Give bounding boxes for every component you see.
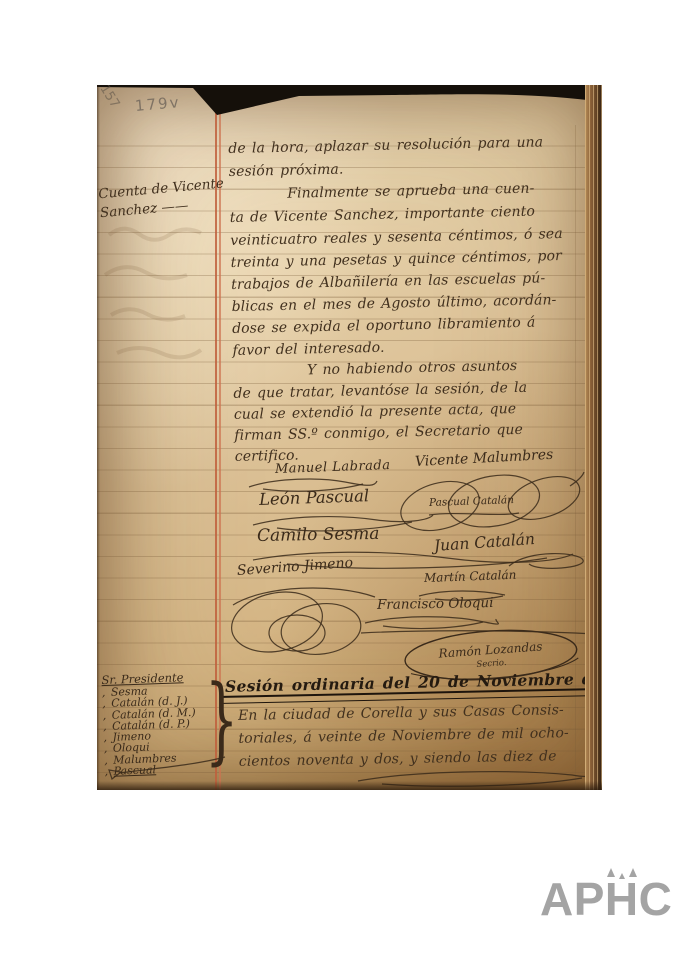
tick-mark: , [102, 698, 111, 710]
attendee-brace: } [205, 677, 238, 763]
photo-bottom-shadow [97, 781, 602, 790]
watermark-letter: H [605, 876, 639, 922]
body-line: favor del interesado. [232, 340, 384, 359]
manuscript-photo: 157 179v Cuenta de Vicente Sanchez —— de… [97, 85, 602, 790]
watermark-letter-h-spires: H [605, 876, 639, 922]
photo-left-shadow [97, 85, 100, 790]
aphc-watermark: APHC [540, 876, 672, 922]
signature-francisco-oloqui: Francisco Oloqui [377, 595, 494, 613]
spire-icon [619, 873, 625, 879]
signature-camilo-sesma: Camilo Sesma [257, 524, 380, 546]
signature-flourish [427, 510, 522, 519]
page-canvas: 157 179v Cuenta de Vicente Sanchez —— de… [0, 0, 693, 980]
watermark-letter: P [574, 876, 605, 922]
bleedthrough-marks [97, 203, 222, 373]
attendee-arrow-flourish [105, 753, 230, 781]
signature-leon-pascual: León Pascual [259, 486, 370, 509]
watermark-letter: C [639, 876, 673, 922]
body-line: sesión próxima. [229, 162, 344, 180]
book-page-edges [585, 85, 602, 790]
watermark-letter: A [540, 876, 574, 922]
